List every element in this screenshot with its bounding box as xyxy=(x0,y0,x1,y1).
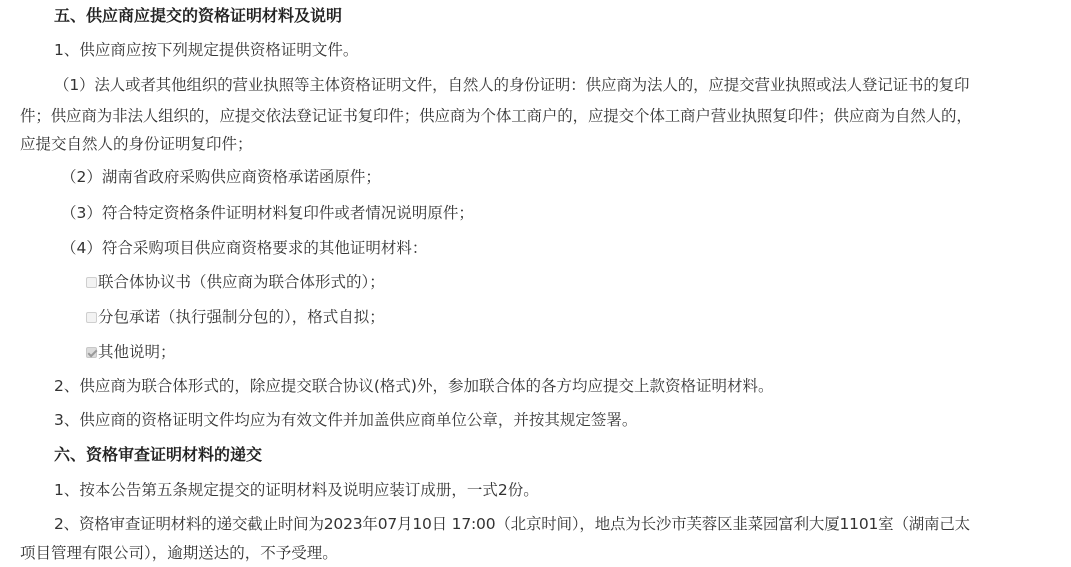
checkbox-subcontract-commitment[interactable] xyxy=(86,312,97,323)
section-5-sub-2: （2）湖南省政府采购供应商资格承诺函原件； xyxy=(61,167,381,187)
section-5-sub-4: （4）符合采购项目供应商资格要求的其他证明材料： xyxy=(61,238,427,258)
checkbox-item-consortium: 联合体协议书（供应商为联合体形式的）； xyxy=(86,272,385,292)
checkbox-item-other: 其他说明； xyxy=(86,342,176,362)
section-6-item-2-line-1: 2、资格审查证明材料的递交截止时间为2023年07月10日 17:00（北京时间… xyxy=(54,514,970,534)
section-6-heading: 六、资格审查证明材料的递交 xyxy=(54,445,262,465)
checkbox-item-subcontract: 分包承诺（执行强制分包的），格式自拟； xyxy=(86,307,385,327)
section-5-item-3: 3、供应商的资格证明文件均应为有效文件并加盖供应商单位公章，并按其规定签署。 xyxy=(54,410,637,430)
section-6-item-1: 1、按本公告第五条规定提交的证明材料及说明应装订成册，一式2份。 xyxy=(54,480,539,500)
section-5-item-1: 1、供应商应按下列规定提供资格证明文件。 xyxy=(54,40,358,60)
checkbox-label: 分包承诺（执行强制分包的），格式自拟； xyxy=(98,308,385,326)
section-6-item-2-line-2: 项目管理有限公司），逾期送达的，不予受理。 xyxy=(20,543,338,563)
checkbox-consortium-agreement[interactable] xyxy=(86,277,97,288)
document: 五、供应商应提交的资格证明材料及说明 1、供应商应按下列规定提供资格证明文件。 … xyxy=(0,0,1071,567)
section-5-sub-3: （3）符合特定资格条件证明材料复印件或者情况说明原件； xyxy=(61,203,474,223)
section-5-sub-1-line-1: （1）法人或者其他组织的营业执照等主体资格证明文件，自然人的身份证明：供应商为法… xyxy=(54,75,969,95)
checkbox-other-notes[interactable] xyxy=(86,347,97,358)
section-5-sub-1-line-3: 应提交自然人的身份证明复印件； xyxy=(20,134,253,154)
section-5-sub-1-line-2: 件；供应商为非法人组织的，应提交依法登记证书复印件；供应商为个体工商户的，应提交… xyxy=(20,106,972,126)
section-5-item-2: 2、供应商为联合体形式的，除应提交联合协议(格式)外，参加联合体的各方均应提交上… xyxy=(54,376,773,396)
checkbox-label: 联合体协议书（供应商为联合体形式的）； xyxy=(98,273,385,291)
checkbox-label: 其他说明； xyxy=(98,343,176,361)
section-5-heading: 五、供应商应提交的资格证明材料及说明 xyxy=(54,6,342,26)
